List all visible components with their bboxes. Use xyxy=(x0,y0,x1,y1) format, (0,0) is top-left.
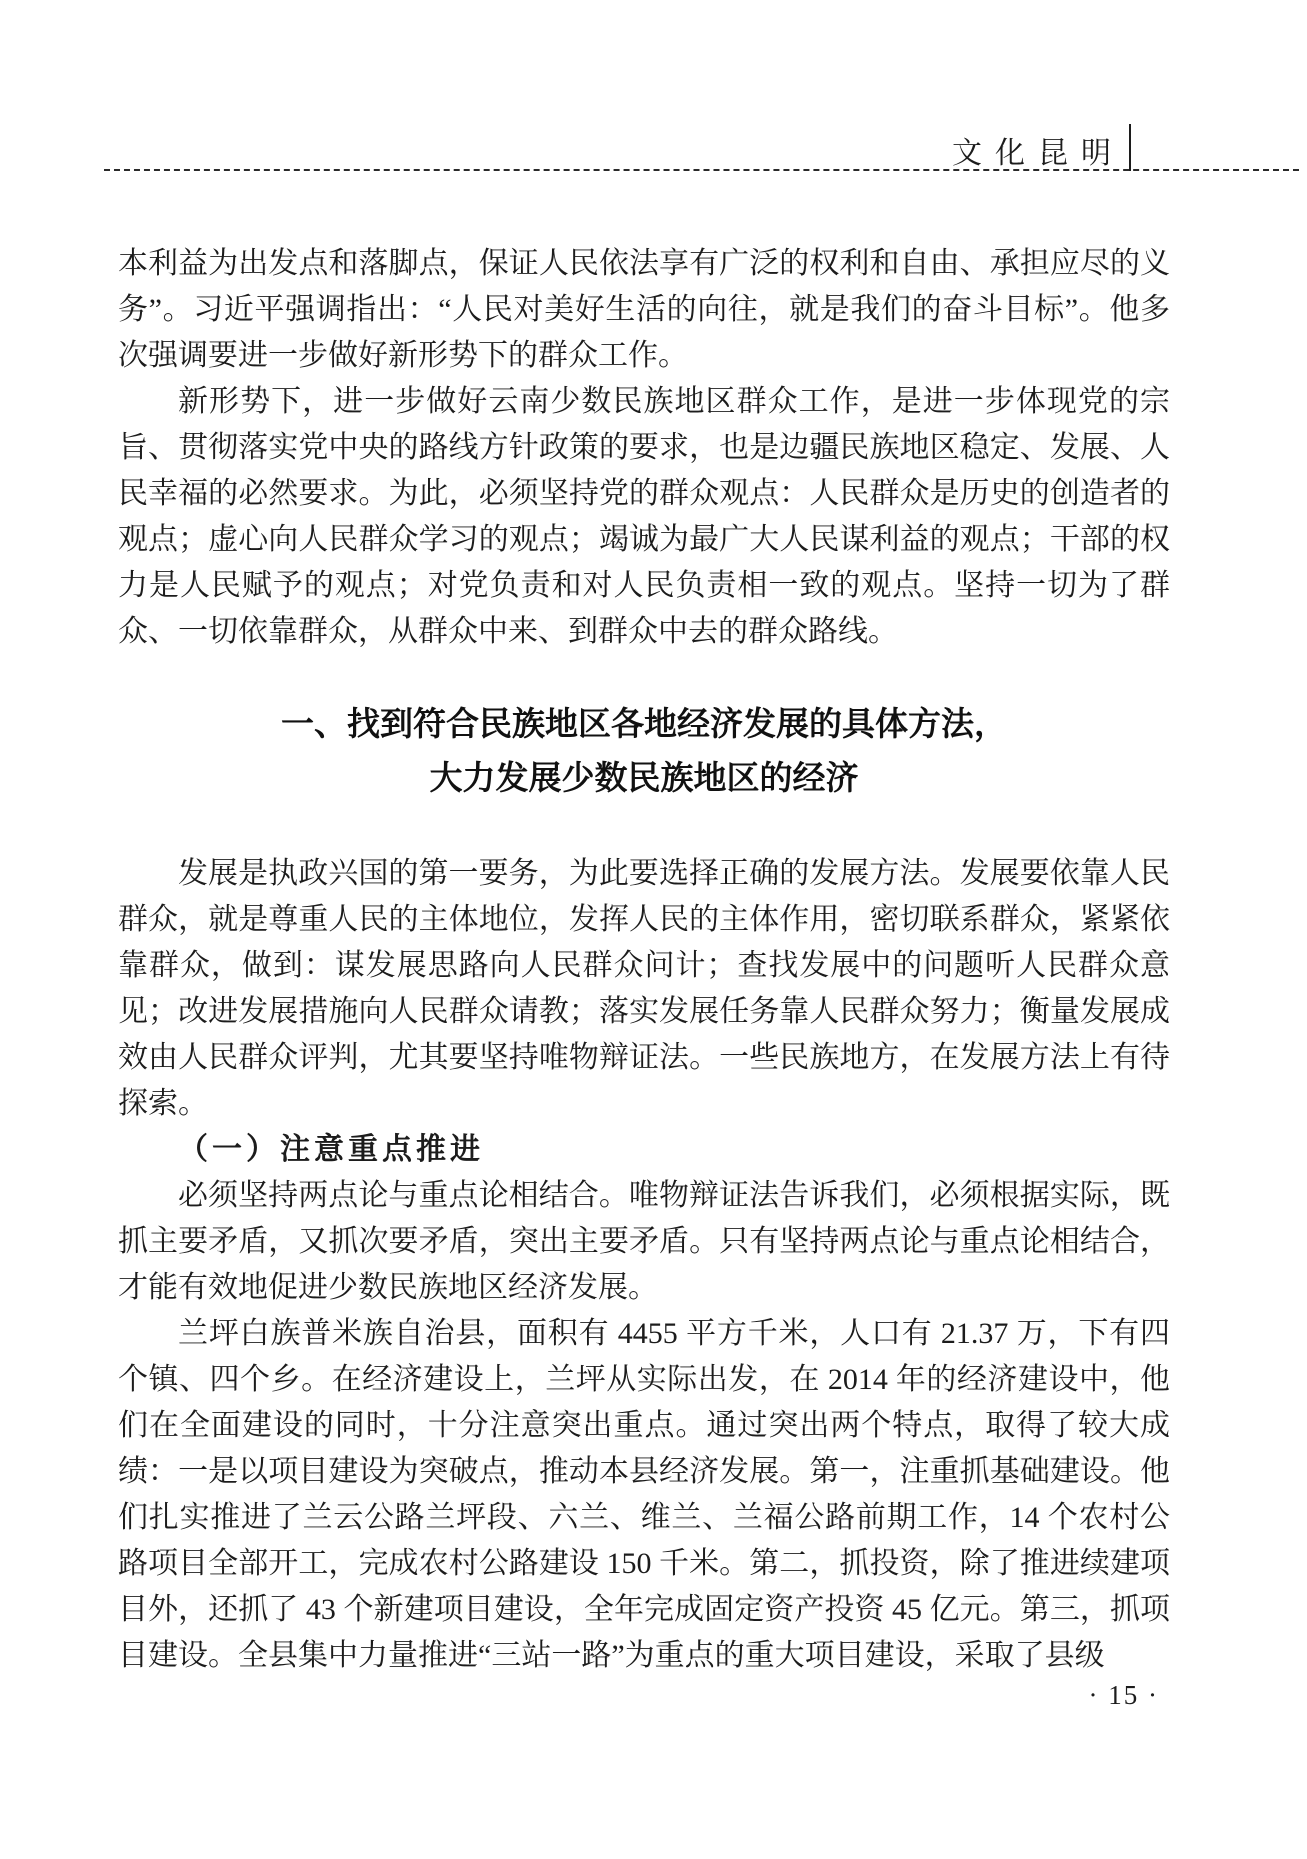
text-body: 本利益为出发点和落脚点，保证人民依法享有广泛的权利和自由、承担应尽的义务”。习近… xyxy=(118,241,1170,1679)
paragraph: 新形势下，进一步做好云南少数民族地区群众工作，是进一步体现党的宗旨、贯彻落实党中… xyxy=(118,379,1170,655)
header-dashed-divider xyxy=(104,169,1299,171)
book-page: 文化昆明 本利益为出发点和落脚点，保证人民依法享有广泛的权利和自由、承担应尽的义… xyxy=(0,0,1307,1859)
section-heading-line1: 一、找到符合民族地区各地经济发展的具体方法， xyxy=(118,697,1170,751)
section-heading: 一、找到符合民族地区各地经济发展的具体方法， 大力发展少数民族地区的经济 xyxy=(118,697,1170,805)
page-number: · 15 · xyxy=(1089,1680,1159,1711)
subsection-heading: （一）注意重点推进 xyxy=(118,1127,1170,1173)
section-heading-line2: 大力发展少数民族地区的经济 xyxy=(118,751,1170,805)
header-vertical-rule xyxy=(1129,124,1131,171)
paragraph: 发展是执政兴国的第一要务，为此要选择正确的发展方法。发展要依靠人民群众，就是尊重… xyxy=(118,851,1170,1127)
running-header-title: 文化昆明 xyxy=(952,128,1124,172)
paragraph: 必须坚持两点论与重点论相结合。唯物辩证法告诉我们，必须根据实际，既抓主要矛盾，又… xyxy=(118,1173,1170,1311)
paragraph-continuation: 本利益为出发点和落脚点，保证人民依法享有广泛的权利和自由、承担应尽的义务”。习近… xyxy=(118,241,1170,379)
paragraph: 兰坪白族普米族自治县，面积有 4455 平方千米，人口有 21.37 万，下有四… xyxy=(118,1311,1170,1679)
